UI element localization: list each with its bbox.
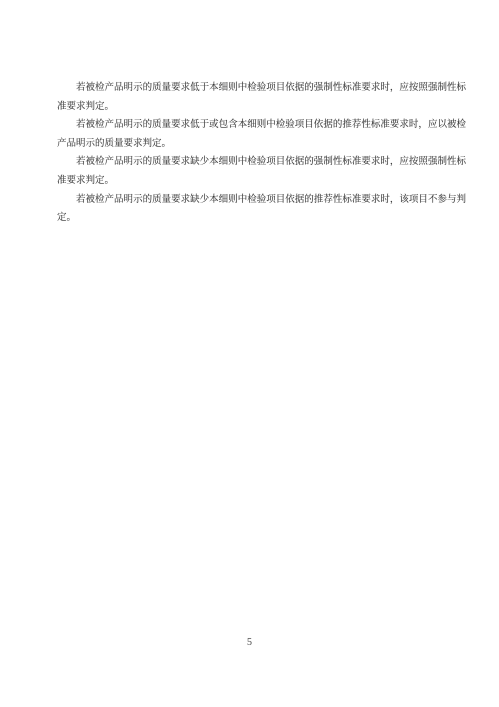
body-text: 若被检产品明示的质量要求低于本细则中检验项目依据的强制性标准要求时，应按照强制性… xyxy=(57,79,466,228)
document-page: 若被检产品明示的质量要求低于本细则中检验项目依据的强制性标准要求时，应按照强制性… xyxy=(0,0,499,707)
paragraph-3: 若被检产品明示的质量要求缺少本细则中检验项目依据的强制性标准要求时，应按照强制性… xyxy=(57,153,466,190)
paragraph-2: 若被检产品明示的质量要求低于或包含本细则中检验项目依据的推荐性标准要求时，应以被… xyxy=(57,116,466,153)
paragraph-4: 若被检产品明示的质量要求缺少本细则中检验项目依据的推荐性标准要求时，该项目不参与… xyxy=(57,191,466,228)
page-number: 5 xyxy=(0,636,499,650)
paragraph-1: 若被检产品明示的质量要求低于本细则中检验项目依据的强制性标准要求时，应按照强制性… xyxy=(57,79,466,116)
